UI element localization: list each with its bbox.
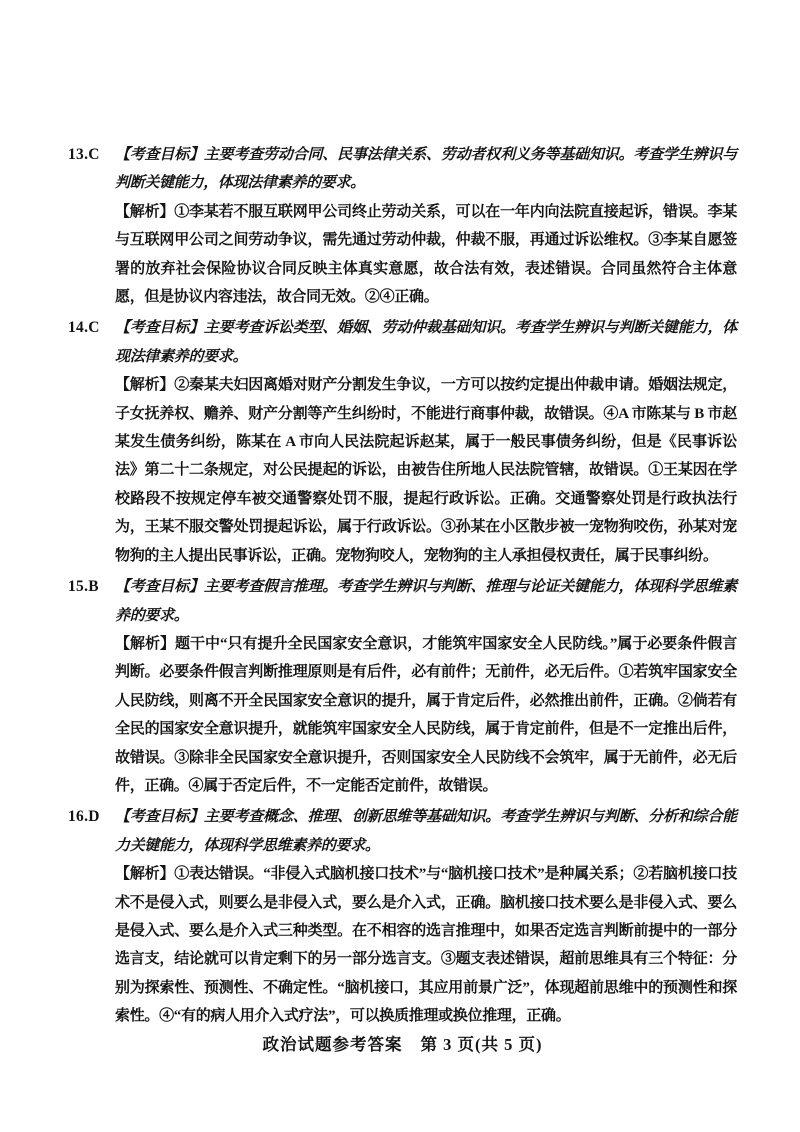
analysis-label: 【解析】 (115, 377, 174, 393)
question-number: 16.D (68, 803, 115, 831)
analysis-paragraph: 【解析】①表达错误。“非侵入式脑机接口技术”与“脑机接口技术”是种属关系；②若脑… (115, 860, 737, 1030)
question-number: 13.C (68, 141, 115, 169)
answer-item-body: 【考查目标】主要考查劳动合同、民事法律关系、劳动者权利义务等基础知识。考查学生辨… (115, 141, 737, 311)
analysis-label: 【解析】 (115, 636, 175, 652)
objective-text: 主要考查假言推理。考查学生辨识与判断、推理与论证关键能力，体现科学思维素养的要求… (115, 579, 737, 623)
analysis-paragraph: 【解析】题干中“只有提升全民国家安全意识，才能筑牢国家安全人民防线。”属于必要条… (115, 630, 737, 800)
answer-item-15: 15.B 【考查目标】主要考查假言推理。考查学生辨识与判断、推理与论证关键能力，… (68, 573, 737, 800)
answers-list: 13.C 【考查目标】主要考查劳动合同、民事法律关系、劳动者权利义务等基础知识。… (68, 141, 737, 1031)
answer-item-13: 13.C 【考查目标】主要考查劳动合同、民事法律关系、劳动者权利义务等基础知识。… (68, 141, 737, 311)
question-number: 15.B (68, 573, 115, 601)
page-footer: 政治试题参考答案第 3 页(共 5 页) (68, 1031, 737, 1055)
answer-item-16: 16.D 【考查目标】主要考查概念、推理、创新思维等基础知识。考查学生辨识与判断… (68, 803, 737, 1030)
objective-text: 主要考查劳动合同、民事法律关系、劳动者权利义务等基础知识。考查学生辨识与判断关键… (115, 147, 737, 191)
objective-paragraph: 【考查目标】主要考查假言推理。考查学生辨识与判断、推理与论证关键能力，体现科学思… (115, 573, 737, 630)
analysis-text: 题干中“只有提升全民国家安全意识，才能筑牢国家安全人民防线。”属于必要条件假言判… (115, 636, 737, 794)
objective-text: 主要考查概念、推理、创新思维等基础知识。考查学生辨识与判断、分析和综合能力关键能… (115, 809, 737, 853)
analysis-label: 【解析】 (115, 866, 174, 882)
answer-item-body: 【考查目标】主要考查诉讼类型、婚姻、劳动仲裁基础知识。考查学生辨识与判断关键能力… (115, 314, 737, 570)
objective-paragraph: 【考查目标】主要考查概念、推理、创新思维等基础知识。考查学生辨识与判断、分析和综… (115, 803, 737, 860)
objective-label: 【考查目标】 (115, 147, 204, 163)
answer-item-body: 【考查目标】主要考查概念、推理、创新思维等基础知识。考查学生辨识与判断、分析和综… (115, 803, 737, 1030)
analysis-label: 【解析】 (115, 204, 174, 220)
objective-label: 【考查目标】 (115, 809, 204, 825)
analysis-paragraph: 【解析】②秦某夫妇因离婚对财产分割发生争议，一方可以按约定提出仲裁申请。婚姻法规… (115, 371, 737, 570)
analysis-paragraph: 【解析】①李某若不服互联网甲公司终止劳动关系，可以在一年内向法院直接起诉，错误。… (115, 198, 737, 312)
objective-label: 【考查目标】 (115, 320, 204, 336)
objective-paragraph: 【考查目标】主要考查诉讼类型、婚姻、劳动仲裁基础知识。考查学生辨识与判断关键能力… (115, 314, 737, 371)
answer-item-body: 【考查目标】主要考查假言推理。考查学生辨识与判断、推理与论证关键能力，体现科学思… (115, 573, 737, 800)
analysis-text: ②秦某夫妇因离婚对财产分割发生争议，一方可以按约定提出仲裁申请。婚姻法规定，子女… (115, 377, 737, 563)
answer-item-14: 14.C 【考查目标】主要考查诉讼类型、婚姻、劳动仲裁基础知识。考查学生辨识与判… (68, 314, 737, 570)
objective-label: 【考查目标】 (115, 579, 204, 595)
objective-paragraph: 【考查目标】主要考查劳动合同、民事法律关系、劳动者权利义务等基础知识。考查学生辨… (115, 141, 737, 198)
analysis-text: ①李某若不服互联网甲公司终止劳动关系，可以在一年内向法院直接起诉，错误。李某与互… (115, 204, 737, 305)
footer-doc-title: 政治试题参考答案 (263, 1035, 403, 1054)
footer-page-indicator: 第 3 页(共 5 页) (421, 1035, 543, 1054)
objective-text: 主要考查诉讼类型、婚姻、劳动仲裁基础知识。考查学生辨识与判断关键能力，体现法律素… (115, 320, 737, 364)
answer-sheet-page: 13.C 【考查目标】主要考查劳动合同、民事法律关系、劳动者权利义务等基础知识。… (0, 0, 800, 1132)
question-number: 14.C (68, 314, 115, 342)
analysis-text: ①表达错误。“非侵入式脑机接口技术”与“脑机接口技术”是种属关系；②若脑机接口技… (115, 866, 737, 1024)
